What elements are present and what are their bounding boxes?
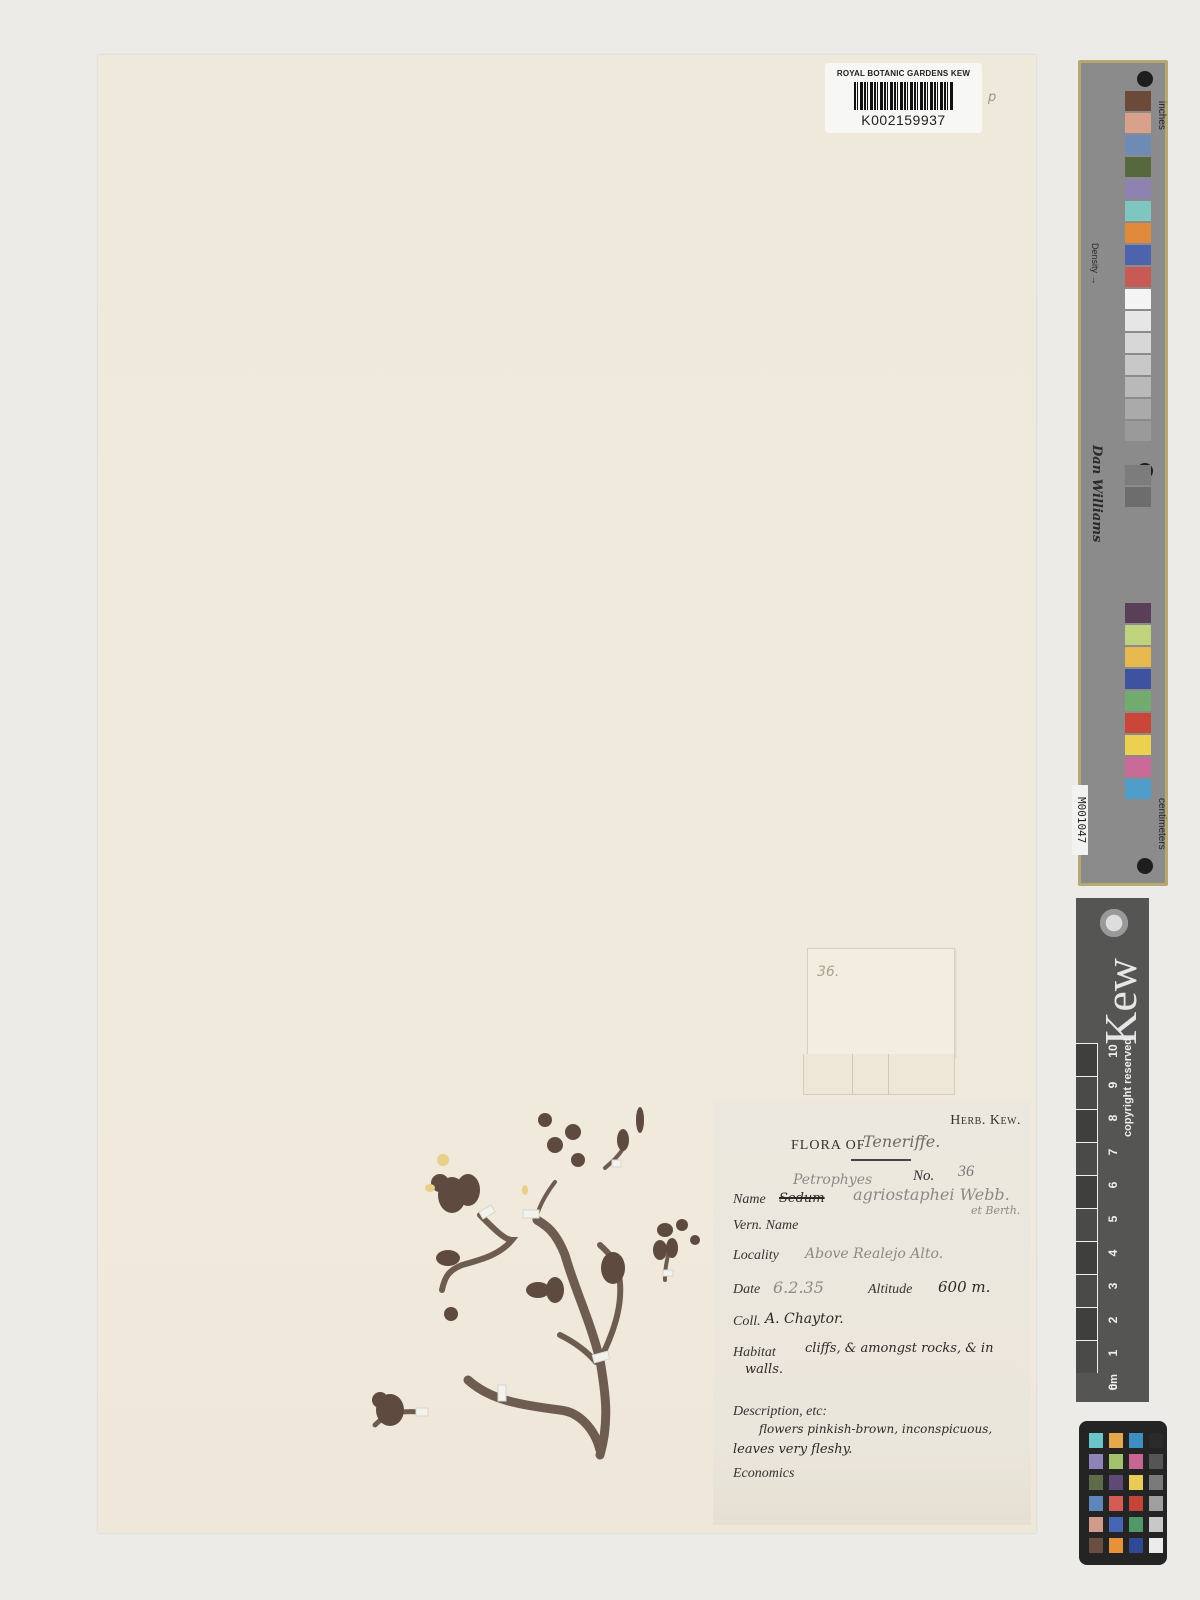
scale-hole-top bbox=[1137, 71, 1153, 87]
locality-value: Above Realejo Alto. bbox=[805, 1246, 943, 1262]
color-swatch bbox=[1125, 333, 1151, 353]
color-swatch bbox=[1125, 113, 1151, 133]
ruler-tick-label: 9 bbox=[1106, 1078, 1120, 1092]
color-swatch bbox=[1125, 179, 1151, 199]
collector-label: Coll. bbox=[733, 1314, 761, 1330]
color-chip bbox=[1109, 1496, 1123, 1511]
name-authority: et Berth. bbox=[971, 1204, 1020, 1217]
ruler-tick-label: 5 bbox=[1106, 1212, 1120, 1226]
name-struck: Sedum bbox=[779, 1191, 825, 1206]
color-swatch bbox=[1125, 245, 1151, 265]
color-swatch bbox=[1125, 757, 1151, 777]
vern-name-label: Vern. Name bbox=[733, 1218, 798, 1234]
color-swatch bbox=[1125, 421, 1151, 441]
color-swatch bbox=[1125, 157, 1151, 177]
color-density-scale: inches Density → Dan Williams centimeter… bbox=[1078, 60, 1168, 886]
density-label: Density → bbox=[1090, 243, 1100, 285]
ruler-tick-label: 4 bbox=[1106, 1246, 1120, 1260]
color-chip bbox=[1149, 1517, 1163, 1532]
date-label: Date bbox=[733, 1282, 760, 1298]
number-label: No. bbox=[913, 1168, 934, 1185]
color-chip bbox=[1149, 1433, 1163, 1448]
color-swatch bbox=[1125, 355, 1151, 375]
color-swatch bbox=[1125, 201, 1151, 221]
ruler-segment bbox=[1076, 1241, 1098, 1274]
copyright-text: copyright reserved bbox=[1122, 1038, 1134, 1137]
ruler-segment bbox=[1076, 1043, 1098, 1076]
ruler-segment bbox=[1076, 1208, 1098, 1241]
color-chip bbox=[1149, 1496, 1163, 1511]
color-swatch bbox=[1125, 267, 1151, 287]
ruler-tick-label: 2 bbox=[1106, 1313, 1120, 1327]
color-swatch bbox=[1125, 135, 1151, 155]
color-chip bbox=[1089, 1538, 1103, 1553]
color-swatch bbox=[1125, 311, 1151, 331]
color-chip bbox=[1089, 1454, 1103, 1469]
color-swatch bbox=[1125, 289, 1151, 309]
color-swatch bbox=[1125, 669, 1151, 689]
kew-scale-bar: Kew copyright reserved 012345678910 cm bbox=[1076, 898, 1149, 1402]
color-chip bbox=[1109, 1454, 1123, 1469]
color-swatch bbox=[1125, 377, 1151, 397]
color-swatch bbox=[1125, 713, 1151, 733]
color-swatch bbox=[1125, 91, 1151, 111]
color-chip bbox=[1149, 1454, 1163, 1469]
color-chip bbox=[1109, 1433, 1123, 1448]
color-swatch bbox=[1125, 625, 1151, 645]
color-swatches bbox=[1125, 91, 1151, 801]
ruler-tick-label: 6 bbox=[1106, 1178, 1120, 1192]
color-chip bbox=[1109, 1517, 1123, 1532]
ruler-segment bbox=[1076, 1340, 1098, 1373]
collector-value: A. Chaytor. bbox=[765, 1311, 844, 1327]
color-chip bbox=[1149, 1475, 1163, 1490]
color-chip bbox=[1109, 1475, 1123, 1490]
ruler-tick-label: 10 bbox=[1106, 1044, 1120, 1058]
royal-crest-icon bbox=[1098, 906, 1130, 940]
color-swatch bbox=[1125, 399, 1151, 419]
ruler-tick-label: 8 bbox=[1106, 1111, 1120, 1125]
color-chip bbox=[1089, 1517, 1103, 1532]
herb-kew-header: Herb. Kew. bbox=[950, 1113, 1021, 1129]
color-chip bbox=[1149, 1538, 1163, 1553]
ruler-segment bbox=[1076, 1274, 1098, 1307]
ruler-numbers: 012345678910 bbox=[1106, 1044, 1120, 1394]
color-swatch bbox=[1125, 691, 1151, 711]
color-chip bbox=[1109, 1538, 1123, 1553]
name-label: Name bbox=[733, 1192, 766, 1208]
scale-id: M001047 bbox=[1072, 785, 1088, 855]
ruler-tick-label: 7 bbox=[1106, 1145, 1120, 1159]
color-chip bbox=[1129, 1433, 1143, 1448]
ruler-tick-label: 3 bbox=[1106, 1279, 1120, 1293]
color-swatch bbox=[1125, 603, 1151, 623]
description-label: Description, etc: bbox=[733, 1404, 827, 1420]
herbarium-label: Herb. Kew. FLORA OF Teneriffe. No. 36 Na… bbox=[713, 1100, 1031, 1525]
ruler-segment bbox=[1076, 1307, 1098, 1340]
description-line2: leaves very fleshy. bbox=[733, 1442, 852, 1457]
color-chip bbox=[1129, 1538, 1143, 1553]
number-value: 36 bbox=[958, 1163, 974, 1181]
inches-label: inches bbox=[1156, 101, 1167, 130]
color-checker-card bbox=[1079, 1421, 1167, 1565]
ruler-segment bbox=[1076, 1076, 1098, 1109]
color-chip bbox=[1129, 1475, 1143, 1490]
ruler-tick-label: 1 bbox=[1106, 1346, 1120, 1360]
cm-ruler bbox=[1076, 1043, 1102, 1395]
color-swatch bbox=[1125, 223, 1151, 243]
scale-brand: Dan Williams bbox=[1089, 445, 1104, 542]
flora-of-label: FLORA OF bbox=[791, 1138, 866, 1154]
ruler-segment bbox=[1076, 1109, 1098, 1142]
kew-logo: Kew bbox=[1094, 958, 1147, 1045]
color-swatch bbox=[1125, 443, 1151, 463]
color-chip bbox=[1129, 1496, 1143, 1511]
altitude-label: Altitude bbox=[868, 1282, 912, 1298]
flora-of-value: Teneriffe. bbox=[863, 1132, 940, 1151]
color-chip bbox=[1089, 1496, 1103, 1511]
color-swatch bbox=[1125, 647, 1151, 667]
scale-hole-bottom bbox=[1137, 858, 1153, 874]
habitat-value-line1: cliffs, & amongst rocks, & in bbox=[805, 1341, 993, 1356]
color-chip bbox=[1129, 1454, 1143, 1469]
cm-unit-label: cm bbox=[1108, 1374, 1120, 1390]
color-swatch bbox=[1125, 735, 1151, 755]
habitat-label: Habitat bbox=[733, 1345, 776, 1361]
ruler-segment bbox=[1076, 1175, 1098, 1208]
title-underline bbox=[851, 1159, 911, 1161]
centimeters-label: centimeters bbox=[1156, 798, 1167, 850]
locality-label: Locality bbox=[733, 1248, 779, 1264]
color-swatch bbox=[1125, 487, 1151, 507]
habitat-value-line2: walls. bbox=[745, 1362, 783, 1377]
ruler-segment bbox=[1076, 1142, 1098, 1175]
color-swatch bbox=[1125, 779, 1151, 799]
color-chip bbox=[1089, 1433, 1103, 1448]
color-chip bbox=[1129, 1517, 1143, 1532]
economics-label: Economics bbox=[733, 1466, 794, 1482]
color-swatch bbox=[1125, 465, 1151, 485]
color-chip bbox=[1089, 1475, 1103, 1490]
name-value: agriostaphei Webb. bbox=[853, 1185, 1010, 1204]
description-line1: flowers pinkish-brown, inconspicuous, bbox=[759, 1422, 992, 1436]
altitude-value: 600 m. bbox=[938, 1278, 990, 1296]
date-value: 6.2.35 bbox=[773, 1278, 824, 1297]
